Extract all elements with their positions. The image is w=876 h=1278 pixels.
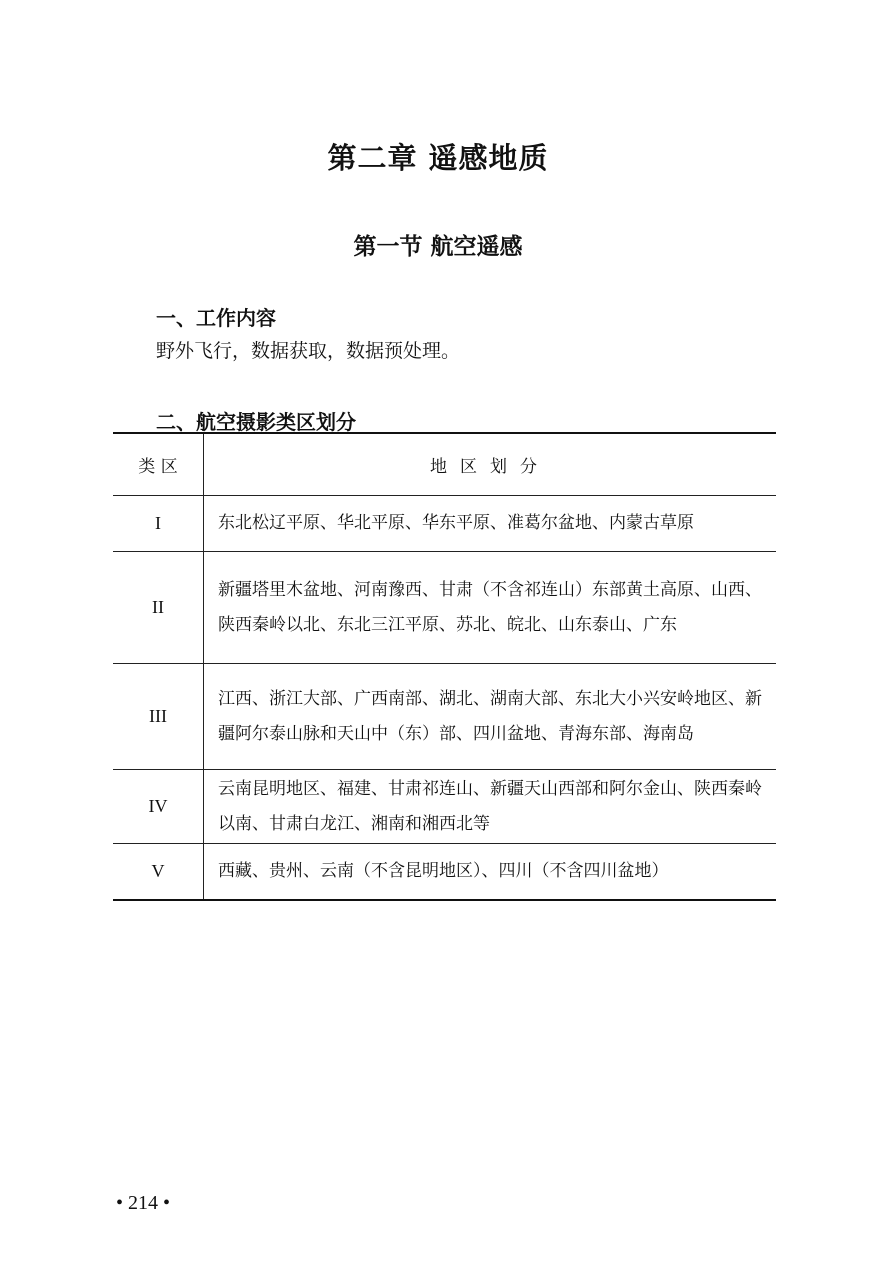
table-row: II 新疆塔里木盆地、河南豫西、甘肃（不含祁连山）东部黄土高原、山西、陕西秦岭以… — [113, 552, 776, 664]
zone-regions: 新疆塔里木盆地、河南豫西、甘肃（不含祁连山）东部黄土高原、山西、陕西秦岭以北、东… — [204, 552, 777, 664]
zone-regions: 江西、浙江大部、广西南部、湖北、湖南大部、东北大小兴安岭地区、新疆阿尔泰山脉和天… — [204, 664, 777, 770]
zone-class: I — [113, 496, 204, 552]
zone-regions: 东北松辽平原、华北平原、华东平原、准葛尔盆地、内蒙古草原 — [204, 496, 777, 552]
section-title: 第一节 航空遥感 — [0, 228, 876, 261]
zone-regions: 西藏、贵州、云南（不含昆明地区）、四川（不含四川盆地） — [204, 844, 777, 901]
subsection-heading-work-content: 一、工作内容 — [156, 302, 276, 331]
table-header-row: 类 区 地区划分 — [113, 433, 776, 496]
page-number: • 214 • — [116, 1192, 170, 1215]
aerial-photography-zone-table: 类 区 地区划分 I 东北松辽平原、华北平原、华东平原、准葛尔盆地、内蒙古草原 … — [113, 432, 776, 901]
zone-class: V — [113, 844, 204, 901]
chapter-title: 第二章 遥感地质 — [0, 136, 876, 177]
zone-regions: 云南昆明地区、福建、甘肃祁连山、新疆天山西部和阿尔金山、陕西秦岭以南、甘肃白龙江… — [204, 770, 777, 844]
table-row: I 东北松辽平原、华北平原、华东平原、准葛尔盆地、内蒙古草原 — [113, 496, 776, 552]
table-row: V 西藏、贵州、云南（不含昆明地区）、四川（不含四川盆地） — [113, 844, 776, 901]
zone-class: II — [113, 552, 204, 664]
subsection-heading-aerial-zones: 二、航空摄影类区划分 — [156, 406, 356, 435]
zone-class: IV — [113, 770, 204, 844]
table-row: III 江西、浙江大部、广西南部、湖北、湖南大部、东北大小兴安岭地区、新疆阿尔泰… — [113, 664, 776, 770]
table-row: IV 云南昆明地区、福建、甘肃祁连山、新疆天山西部和阿尔金山、陕西秦岭以南、甘肃… — [113, 770, 776, 844]
column-header-class: 类 区 — [113, 433, 204, 496]
work-content-paragraph: 野外飞行，数据获取，数据预处理。 — [156, 336, 460, 363]
column-header-regions: 地区划分 — [204, 433, 777, 496]
zone-class: III — [113, 664, 204, 770]
